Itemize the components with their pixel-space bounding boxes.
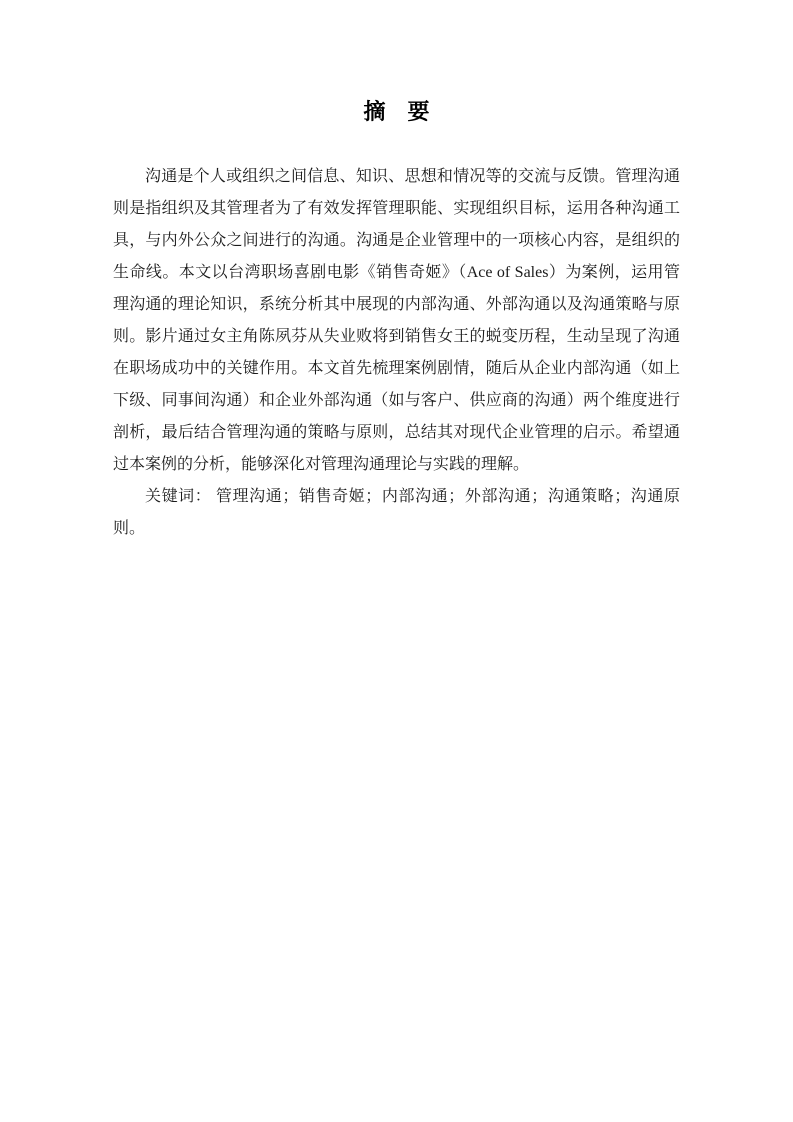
- abstract-title: 摘 要: [0, 99, 793, 127]
- document-page: 摘 要 沟通是个人或组织之间信息、知识、思想和情况等的交流与反馈。管理沟通则是指…: [0, 0, 793, 1122]
- abstract-paragraph: 沟通是个人或组织之间信息、知识、思想和情况等的交流与反馈。管理沟通则是指组织及其…: [113, 161, 680, 481]
- keywords-paragraph: 关键词： 管理沟通；销售奇姬；内部沟通；外部沟通；沟通策略；沟通原则。: [113, 481, 680, 545]
- abstract-content: 沟通是个人或组织之间信息、知识、思想和情况等的交流与反馈。管理沟通则是指组织及其…: [113, 161, 680, 545]
- keywords-label: 关键词：: [145, 488, 216, 505]
